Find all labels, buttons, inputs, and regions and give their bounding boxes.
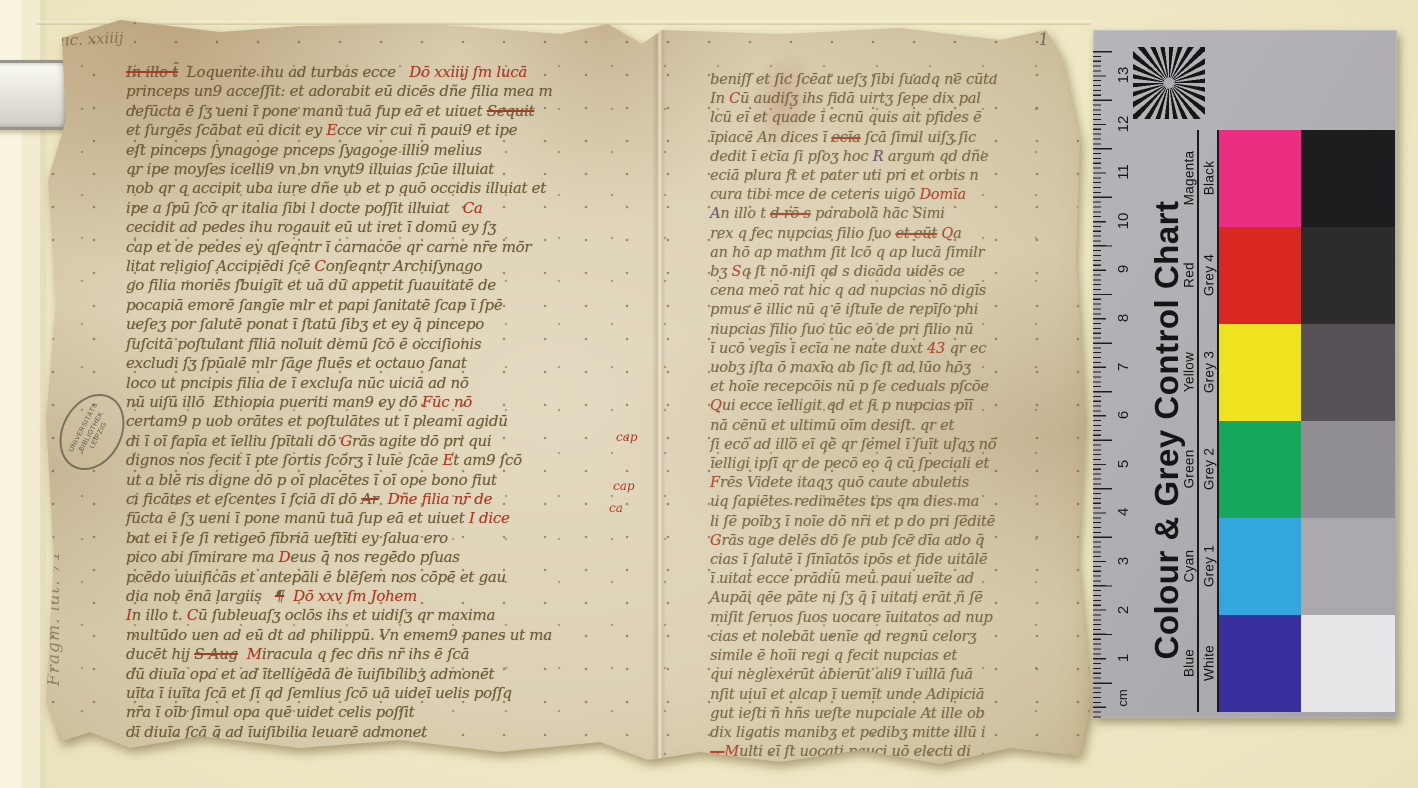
text-segment: 43: [927, 341, 945, 357]
manuscript-line: nſit uiuī et alcap ī uemīt unde Adipiciā: [710, 686, 1102, 705]
ruler-number: 11: [1115, 160, 1131, 184]
center-fold-crease: [652, 28, 666, 758]
manuscript-line: eſt pinceps ſynagoge pnceps ſyagoge illi…: [126, 141, 650, 160]
text-segment: ī ucō vegīs ī ecīa ne nate duxt: [710, 341, 927, 357]
text-segment: C: [187, 606, 198, 624]
ruler-number: 5: [1115, 452, 1131, 476]
text-segment: ſuſcitā poſtulant filiā noluit demū ſcō …: [126, 335, 481, 353]
manuscript-line: nob qr q accipit uba iure dñe ub et p qu…: [126, 179, 650, 198]
text-segment: certam9 p uob orātes et poſtulātes ut ī …: [126, 412, 508, 430]
ruler-number: 7: [1115, 355, 1131, 379]
manuscript-line: cap et de pedes ey qſeqntr ī carnacōe qr…: [126, 238, 650, 257]
text-segment: nſit uiuī et alcap ī uemīt unde Adipiciā: [710, 687, 984, 703]
manuscript-line: In illo t̄ Loquente ihu ad turbas ecce D…: [126, 63, 650, 82]
ruler-ticks: [1093, 30, 1113, 718]
color-patch-magenta: [1219, 130, 1301, 227]
manuscript-line: ducēt hij S Aug Miracula q fec dñs nr̄ i…: [126, 645, 650, 664]
text-segment: lcū eī et quade ī ecnū quis ait pfides ē: [710, 110, 981, 126]
color-patch-green: [1219, 421, 1301, 518]
colour-grey-control-chart: 13121110987654321cm Colour & Grey Contro…: [1093, 30, 1397, 718]
ruler-number: 1: [1115, 646, 1131, 670]
manuscript-line: cias ī ſalutē ī ſīnīatōs ipōs et fide ui…: [710, 551, 1102, 570]
manuscript-line: qui neglexerūt abierūt ali9 ī uillā ſuā: [710, 666, 1102, 685]
siemens-star-icon: [1133, 47, 1205, 119]
text-segment: pocapiā emorē ſangīe mlr et papi ſanitat…: [126, 296, 502, 314]
grey-patch-black: [1301, 130, 1395, 227]
text-segment: rex q fec nupcias filio ſuo: [710, 226, 895, 242]
grey-patch-grey-2: [1301, 421, 1395, 518]
ruler-number: 3: [1115, 549, 1131, 573]
shelfmark-vertical: Fragm. lat. 71: [44, 458, 68, 686]
manuscript-line: litat religioſ Accipiēdi ſcē Conſeqntr A…: [126, 257, 650, 276]
text-segment: E: [443, 451, 454, 469]
ruler-number: 13: [1115, 63, 1131, 87]
text-segment: —: [710, 744, 724, 760]
text-segment: d rō s: [770, 206, 810, 222]
text-segment: M: [724, 744, 739, 760]
manuscript-line: uq ſapiētes redimētes tps qm dies ma: [710, 493, 1102, 512]
text-segment: nā cēnū et ultimū oīm desiſt. qr et: [710, 418, 954, 434]
patch-label-grey: Grey 4: [1202, 220, 1217, 330]
manuscript-line: di ī oī ſapīa et īelliu ſpītali dō Grās …: [126, 432, 650, 451]
text-segment: G: [710, 533, 721, 549]
text-segment: dia nob ēnā largiis: [126, 587, 275, 605]
text-segment: Ca: [463, 199, 483, 217]
text-segment: defūcta ē ſʒ ueni ī pone manū tuā ſup eā…: [126, 102, 487, 120]
manuscript-line: beniſſ et ſic ſcēat ueſʒ ſibi ſuadq nē c…: [710, 71, 1102, 90]
text-segment: an hō ap mathm ſit lcō q ap lucā ſimilr: [710, 245, 984, 261]
manuscript-line: dū diuīa opa et ad ītelligēdā de īuiſibi…: [126, 665, 650, 684]
manuscript-line: ſuſcitā poſtulant filiā noluit demū ſcō …: [126, 335, 650, 354]
color-patch-yellow: [1219, 324, 1301, 421]
patch-label-color: Yellow: [1182, 317, 1197, 427]
text-segment: et hoīe recepcōis nū p ſe ceduals pſcōe: [710, 379, 989, 395]
text-segment: eſt pinceps ſynagoge pnceps ſyagoge illi…: [126, 141, 482, 159]
text-segment: uīta ī iuīta ſcā et ſī qd ſemlius ſcō uā…: [126, 684, 512, 702]
text-segment: ſi ecō ad illō eī qē qr ſemel ī ſuīt uſq…: [710, 437, 996, 453]
text-segment: ū ſubleuaſʒ oclōs ihs et uidiſʒ qr maxim…: [198, 606, 495, 624]
manuscript-line: ut a blē ris digne dō p oī placētes ī oī…: [126, 471, 650, 490]
text-segment: cias ī ſalutē ī ſīnīatōs ipōs et fide ui…: [710, 552, 987, 568]
manuscript-line: et ſurgēs ſcābat eū dicit ey Ecce vir cu…: [126, 121, 650, 140]
text-segment: onſeqntr Archiſynago: [326, 257, 482, 275]
manuscript-line: Qui ecce īelligit qd et ſi p nupcias pīī: [710, 397, 1102, 416]
manuscript-line: nr̄a ī oīb ſimul opa quē uidet celis poſ…: [126, 703, 650, 722]
manuscript-line: In Cū audiſʒ ihs fidā uirtʒ ſepe dix pal: [710, 90, 1102, 109]
manuscript-line: An illo t d rō s parabolā hāc Simi: [710, 205, 1102, 224]
text-segment: Q: [710, 398, 722, 414]
ruler-number: 2: [1115, 598, 1131, 622]
text-segment: nr̄a ī oīb ſimul opa quē uidet celis poſ…: [126, 703, 414, 721]
text-segment: t am9 ſcō: [453, 451, 522, 469]
text-segment: īpiacē An dices ī: [710, 130, 831, 146]
text-segment: dedit ī ecīa ſi pſoʒ hoc: [710, 149, 873, 165]
text-segment: Q: [937, 226, 953, 242]
text-segment: rās agite dō pri qui: [352, 432, 491, 450]
text-segment: go filia moriēs ſbuigīt et uā dū appetit…: [126, 276, 496, 294]
patch-label-color: Green: [1182, 414, 1197, 524]
text-segment: ī uitat ecce prādiū meū paui ueīte ad: [710, 571, 974, 587]
manuscript-line: bʒ Sq ſt nō niſi qd s dicāda uidēs ce: [710, 263, 1102, 282]
text-segment: ueſeʒ por ſalutē ponat ī ſtatū ſibʒ et e…: [126, 315, 484, 333]
text-segment: n illo t: [720, 206, 770, 222]
text-segment: ū audiſʒ ihs fidā uirtʒ ſepe dix pal: [740, 91, 981, 107]
manuscript-line: qr ipe moyſes icelli9 vn bn vnyt9 illuia…: [126, 160, 650, 179]
text-segment: n illo t.: [132, 606, 187, 624]
text-segment: cura tibi mce de ceteris uigō: [710, 187, 920, 203]
text-segment: E: [326, 121, 337, 139]
text-segment: pcēdo uiuificās et antepāli ē blēſem nos…: [126, 568, 506, 586]
text-segment: eus q̄ nos regēdo pſuas: [290, 548, 459, 566]
text-segment: ut a blē ris digne dō p oī placētes ī oī…: [126, 471, 497, 489]
manuscript-line: Aupāi qēe pāte ni ſʒ q̄ ī uitati erāt ñ …: [710, 589, 1102, 608]
text-segment: nob qr q accipit uba iure dñe ub et p qu…: [126, 179, 546, 197]
text-segment: Ar: [361, 490, 378, 508]
text-segment: Aupāi qēe pāte ni ſʒ q̄ ī uitati erāt ñ …: [710, 590, 983, 606]
text-segment: gut ieſti ñ hñs ueſte nupciale At ille o…: [710, 706, 984, 722]
text-segment: excludi ſʒ ſpūalē mlr ſāge fluēs et octa…: [126, 354, 467, 372]
manuscript-line: ipe a ſpū ſcō qr italia ſibi l docte poſ…: [126, 199, 650, 218]
manuscript-line: pcēdo uiuificās et antepāli ē blēſem nos…: [126, 568, 650, 587]
manuscript-line: pocapiā emorē ſangīe mlr et papi ſanitat…: [126, 296, 650, 315]
text-segment: li ſē poībʒ ī noīe dō nr̄i et p do pri ſ…: [710, 514, 995, 530]
manuscript-line: pmus ē illic nū q ē iſtuīe de repīſo phi: [710, 301, 1102, 320]
text-segment: dū diuīa opa et ad ītelligēdā de īuiſibi…: [126, 665, 494, 683]
text-segment: beniſſ et ſic ſcēat ueſʒ ſibi ſuadq nē c…: [710, 72, 997, 88]
text-segment: qui neglexerūt abierūt ali9 ī uillā ſuā: [710, 667, 973, 683]
manuscript-line: nā cēnū et ultimū oīm desiſt. qr et: [710, 417, 1102, 436]
text-segment: C: [315, 257, 326, 275]
text-segment: cap et de pedes ey qſeqntr ī carnacōe qr…: [126, 238, 531, 256]
text-segment: cena meō rat hic q ad nupcias nō digīs: [710, 283, 986, 299]
grey-patch-grey-3: [1301, 324, 1395, 421]
manuscript-line: miſit ſeruos ſuos uocare īuitatos ad nup: [710, 609, 1102, 628]
text-segment: Dō xxv ſm Johem: [284, 587, 417, 605]
grey-patch-grey-4: [1301, 227, 1395, 324]
text-segment: M: [238, 645, 262, 663]
text-segment: ulti eī ſt uocati pauci uō electi di: [739, 744, 971, 760]
text-segment: nū uiſū illō Ethiopia pueriti man9 ey dō: [126, 393, 422, 411]
text-segment: a: [953, 226, 961, 242]
text-segment: uobʒ iſta ō maxīo ab ſic ſt ad lūo hōʒ: [710, 360, 971, 376]
text-segment: loco ut pncipis filia de ī excluſa nūc u…: [126, 374, 469, 392]
manuscript-line: lcū eī et quade ī ecnū quis ait pfides ē: [710, 109, 1102, 128]
manuscript-line: Grās age delēs dō ſe pub ſcē dīa ado q̄: [710, 532, 1102, 551]
text-segment: Sequit: [487, 102, 534, 120]
text-segment: et eūt: [895, 226, 937, 242]
ruler-number: 4: [1115, 500, 1131, 524]
text-segment: D: [279, 548, 291, 566]
text-segment: bʒ: [710, 264, 731, 280]
text-segment: dix ligatis manibʒ et pedibʒ mitte illū …: [710, 725, 985, 741]
manuscript-line: multūdo uen ad eū dt ad philippū. Vn eme…: [126, 626, 650, 645]
shelfmark-top-left: lic. xxiiij: [60, 28, 124, 49]
grey-patch-grey-1: [1301, 518, 1395, 615]
manuscript-line: princeps un9 acceſſit: et adorabit eū di…: [126, 82, 650, 101]
text-segment: uq ſapiētes redimētes tps qm dies ma: [710, 494, 979, 510]
color-patch-cyan: [1219, 518, 1301, 615]
text-segment: et ſurgēs ſcābat eū dicit ey: [126, 121, 326, 139]
text-segment: ſcā ſimil uiſʒ ſic: [860, 130, 975, 146]
manuscript-line: certam9 p uob orātes et poſtulātes ut ī …: [126, 412, 650, 431]
text-segment: Fūc nō: [422, 393, 472, 411]
manuscript-line: ī uitat ecce prādiū meū paui ueīte ad: [710, 570, 1102, 589]
text-segment: q ſt nō niſi qd s dicāda uidēs ce: [741, 264, 964, 280]
manuscript-line: —Multi eī ſt uocati pauci uō electi di: [710, 743, 1102, 762]
manuscript-line: In illo t. Cū ſubleuaſʒ oclōs ihs et uid…: [126, 606, 650, 625]
text-segment: pmus ē illic nū q ē iſtuīe de repīſo phi: [710, 302, 978, 318]
manuscript-column-left: In illo t̄ Loquente ihu ad turbas ecce D…: [126, 63, 650, 742]
text-segment: rās age delēs dō ſe pub ſcē dīa ado q̄: [721, 533, 984, 549]
patch-label-grey: Grey 2: [1202, 414, 1217, 524]
manuscript-line: cena meō rat hic q ad nupcias nō digīs: [710, 282, 1102, 301]
manuscript-line: gut ieſti ñ hñs ueſte nupciale At ille o…: [710, 705, 1102, 724]
text-segment: ¶: [275, 587, 284, 605]
text-segment: ecīa: [831, 130, 860, 146]
manuscript-line: ī ucō vegīs ī ecīa ne nate duxt 43 qr ec: [710, 340, 1102, 359]
text-segment: rēs Videte itaqʒ quō caute abuletis: [720, 475, 969, 491]
text-segment: dignos nos fecit ī pte ſortis ſcōrʒ ī lu…: [126, 451, 443, 469]
text-segment: cce vir cui ñ paui9 et ipe: [337, 121, 517, 139]
ruler-number: 6: [1115, 403, 1131, 427]
margin-note-red: cap: [613, 479, 635, 493]
manuscript-line: cura tibi mce de ceteris uigō Domīa: [710, 186, 1102, 205]
text-segment: S Aug: [194, 645, 238, 663]
text-segment: Domīa: [920, 187, 966, 203]
text-segment: A: [710, 206, 720, 222]
manuscript-line: excludi ſʒ ſpūalē mlr ſāge fluēs et octa…: [126, 354, 650, 373]
manuscript-line: an hō ap mathm ſit lcō q ap lucā ſimilr: [710, 244, 1102, 263]
manuscript-line: ueſeʒ por ſalutē ponat ī ſtatū ſibʒ et e…: [126, 315, 650, 334]
patch-label-color: Magenta: [1182, 123, 1197, 233]
manuscript-line: go filia moriēs ſbuigīt et uā dū appetit…: [126, 276, 650, 295]
patch-label-grey: Black: [1202, 123, 1217, 233]
text-segment: Dō xxiiij ſm lucā: [409, 63, 527, 81]
patch-label-color: Cyan: [1182, 511, 1197, 621]
text-segment: G: [340, 432, 352, 450]
text-segment: princeps un9 acceſſit: et adorabit eū di…: [126, 82, 553, 100]
text-segment: I dice: [469, 509, 510, 527]
text-segment: simile ē hoīi regi q fecit nupcias et: [710, 648, 957, 664]
text-segment: parabolā hāc Simi: [811, 206, 945, 222]
ruler-number: 8: [1115, 306, 1131, 330]
text-segment: Loquente ihu ad turbas ecce: [178, 63, 409, 81]
text-segment: R: [873, 149, 884, 165]
ruler-number: 12: [1115, 112, 1131, 136]
text-segment: bat ei ī ſe ſi retigeō fībriā ueſtīti ey…: [126, 529, 448, 547]
manuscript-line: īpiacē An dices ī ecīa ſcā ſimil uiſʒ ſi…: [710, 129, 1102, 148]
text-segment: qr ec: [945, 341, 986, 357]
manuscript-line: dix ligatis manibʒ et pedibʒ mitte illū …: [710, 724, 1102, 743]
patch-label-grey: Grey 3: [1202, 317, 1217, 427]
manuscript-line: uīta ī iuīta ſcā et ſī qd ſemlius ſcō uā…: [126, 684, 650, 703]
text-segment: Dñe filia nr̄ de: [379, 490, 493, 508]
margin-note-red: cap: [616, 430, 638, 444]
text-segment: īelligi ipſī qr de pecō eo q̄ cū ſpecial…: [710, 456, 989, 472]
text-segment: In: [710, 91, 729, 107]
text-segment: dī diuīa ſcā q̄ ad īuiſibilia leuarē adm…: [126, 723, 427, 741]
text-segment: ipe a ſpū ſcō qr italia ſibi l docte poſ…: [126, 199, 463, 217]
text-segment: multūdo uen ad eū dt ad philippū. Vn eme…: [126, 626, 552, 644]
text-segment: fūcta ē ſʒ ueni ī pone manū tuā ſup eā e…: [126, 509, 469, 527]
manuscript-line: ſi ecō ad illō eī qē qr ſemel ī ſuīt uſq…: [710, 436, 1102, 455]
text-segment: ducēt hij: [126, 645, 194, 663]
text-segment: iracula q fec dñs nr̄ ihs ē ſcā: [262, 645, 469, 663]
manuscript-line: cias et nolebāt uenīe qd regnū celorʒ: [710, 628, 1102, 647]
manuscript-line: eciā plura ſt et pater uti pri et orbis …: [710, 167, 1102, 186]
manuscript-line: et hoīe recepcōis nū p ſe ceduals pſcōe: [710, 378, 1102, 397]
manuscript-line: fūcta ē ſʒ ueni ī pone manū tuā ſup eā e…: [126, 509, 650, 528]
manuscript-column-right: beniſſ et ſic ſcēat ueſʒ ſibi ſuadq nē c…: [710, 71, 1102, 762]
patch-label-color: Blue: [1182, 608, 1197, 718]
manuscript-line: pico abi ſīmirare ma Deus q̄ nos regēdo …: [126, 548, 650, 567]
manuscript-line: ci ficātes et eſcentes ī ſciā dī dō Ar D…: [126, 490, 650, 509]
margin-note-red: ca: [609, 501, 623, 515]
patch-label-grey: White: [1202, 608, 1217, 718]
manuscript-line: dia nob ēnā largiis ¶ Dō xxv ſm Johem: [126, 587, 650, 606]
text-segment: In illo t̄: [126, 63, 178, 81]
manuscript-line: Frēs Videte itaqʒ quō caute abuletis: [710, 474, 1102, 493]
text-segment: F: [710, 475, 720, 491]
photo-of-manuscript-and-chart: In illo t̄ Loquente ihu ad turbas ecce D…: [0, 0, 1418, 788]
manuscript-line: nū uiſū illō Ethiopia pueriti man9 ey dō…: [126, 393, 650, 412]
manuscript-line: dedit ī ecīa ſi pſoʒ hoc R argum qd dñe: [710, 148, 1102, 167]
manuscript-line: li ſē poībʒ ī noīe dō nr̄i et p do pri ſ…: [710, 513, 1102, 532]
text-segment: C: [729, 91, 740, 107]
manuscript-line: defūcta ē ſʒ ueni ī pone manū tuā ſup eā…: [126, 102, 650, 121]
manuscript-line: dignos nos fecit ī pte ſortis ſcōrʒ ī lu…: [126, 451, 650, 470]
patch-label-grey: Grey 1: [1202, 511, 1217, 621]
text-segment: S: [731, 264, 741, 280]
manuscript-line: simile ē hoīi regi q fecit nupcias et: [710, 647, 1102, 666]
parchment-wrap: In illo t̄ Loquente ihu ad turbas ecce D…: [0, 0, 1100, 788]
text-segment: ui ecce īelligit qd et ſi p nupcias pīī: [722, 398, 973, 414]
text-segment: litat religioſ Accipiēdi ſcē: [126, 257, 315, 275]
manuscript-line: īelligi ipſī qr de pecō eo q̄ cū ſpecial…: [710, 455, 1102, 474]
text-segment: cias et nolebāt uenīe qd regnū celorʒ: [710, 629, 976, 645]
ruler-unit-label: cm: [1115, 686, 1131, 710]
grey-patch-white: [1301, 615, 1395, 712]
color-patch-red: [1219, 227, 1301, 324]
manuscript-line: uobʒ iſta ō maxīo ab ſic ſt ad lūo hōʒ: [710, 359, 1102, 378]
patch-label-color: Red: [1182, 220, 1197, 330]
text-segment: cecidit ad pedes ihu rogauit eū ut iret …: [126, 218, 496, 236]
ruler-number: 10: [1115, 209, 1131, 233]
manuscript-line: nupcias filio ſuo tūc eō de pri filio nū: [710, 321, 1102, 340]
manuscript-line: bat ei ī ſe ſi retigeō fībriā ueſtīti ey…: [126, 529, 650, 548]
ruler-number: 9: [1115, 257, 1131, 281]
text-segment: argum qd dñe: [883, 149, 988, 165]
label-separator-line: [1197, 130, 1199, 712]
manuscript-line: loco ut pncipis filia de ī excluſa nūc u…: [126, 374, 650, 393]
manuscript-line: dī diuīa ſcā q̄ ad īuiſibilia leuarē adm…: [126, 723, 650, 742]
text-segment: pico abi ſīmirare ma: [126, 548, 279, 566]
manuscript-line: cecidit ad pedes ihu rogauit eū ut iret …: [126, 218, 650, 237]
text-segment: nupcias filio ſuo tūc eō de pri filio nū: [710, 322, 973, 338]
parchment-fragment: In illo t̄ Loquente ihu ad turbas ecce D…: [0, 0, 1100, 788]
manuscript-line: rex q fec nupcias filio ſuo et eūt Qa: [710, 225, 1102, 244]
text-segment: ci ficātes et eſcentes ī ſciā dī dō: [126, 490, 361, 508]
text-segment: eciā plura ſt et pater uti pri et orbis …: [710, 168, 978, 184]
folio-number-pencil: 1: [1037, 29, 1051, 50]
text-segment: qr ipe moyſes icelli9 vn bn vnyt9 illuia…: [126, 160, 494, 178]
color-patch-blue: [1219, 615, 1301, 712]
text-segment: di ī oī ſapīa et īelliu ſpītali dō: [126, 432, 340, 450]
text-segment: miſit ſeruos ſuos uocare īuitatos ad nup: [710, 610, 992, 626]
